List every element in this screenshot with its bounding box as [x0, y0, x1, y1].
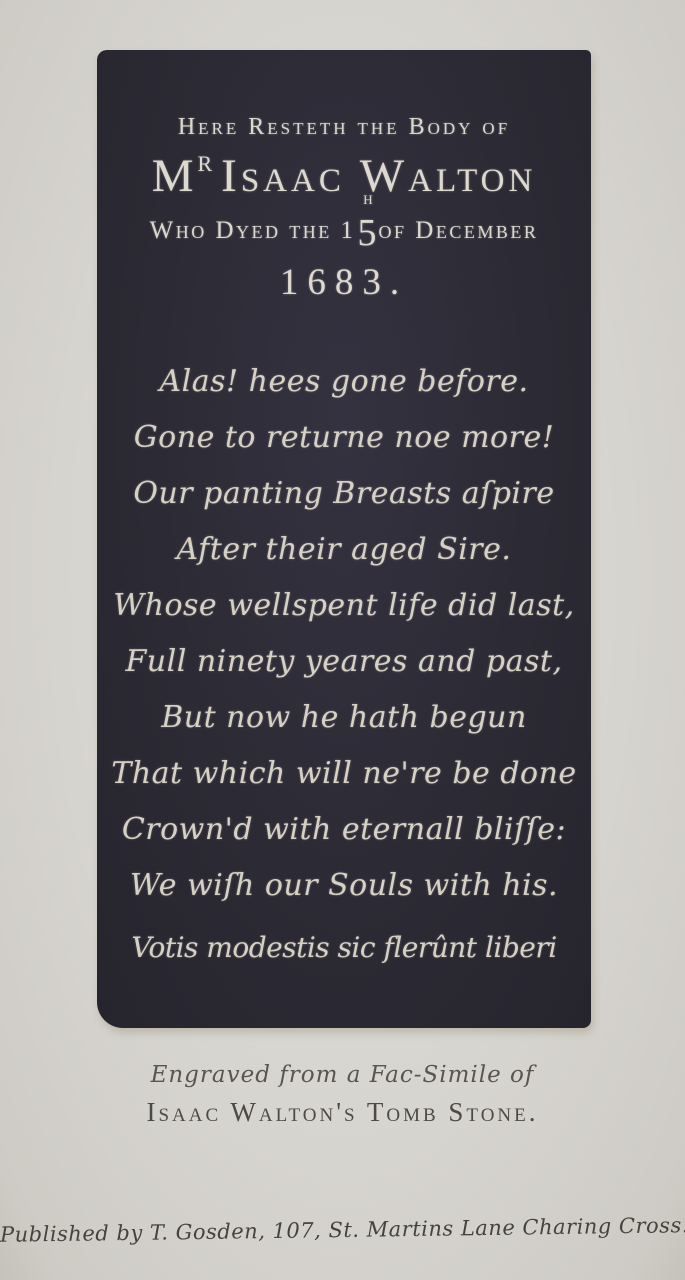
epitaph-line: That which will ne're be done	[97, 746, 591, 802]
date-superscript: H	[363, 192, 372, 208]
date-pre: Who Dyed the 1	[150, 217, 356, 244]
paper-background: Here Resteth the Body of MRIsaac Walton …	[0, 0, 685, 1280]
epitaph-line: Full ninety yeares and past,	[97, 634, 591, 690]
date-big-digit: 5	[358, 212, 377, 254]
year-line: 1683.	[97, 261, 591, 304]
epitaph-line: Alas! hees gone before.	[97, 354, 591, 410]
engraving-plate: Here Resteth the Body of MRIsaac Walton …	[97, 50, 591, 1028]
date-day-figure: H5	[358, 207, 377, 245]
name-rest: Isaac Walton	[221, 150, 536, 202]
latin-line: Votis modestis sic flerûnt liberi	[97, 922, 591, 978]
epitaph-line: Crown'd with eternall bliſſe:	[97, 802, 591, 858]
epitaph-line: Gone to returne noe more!	[97, 410, 591, 466]
name-superscript: R	[197, 151, 212, 176]
name-line: MRIsaac Walton	[97, 151, 591, 203]
death-date-line: Who Dyed the 1H5of December	[97, 207, 591, 245]
caption-title-line: Isaac Walton's Tomb Stone.	[0, 1097, 685, 1128]
caption-block: Engraved from a Fac-Simile of Isaac Walt…	[0, 1062, 685, 1128]
epitaph-poem: Alas! hees gone before. Gone to returne …	[97, 354, 591, 978]
epitaph-line: We wiſh our Souls with his.	[97, 858, 591, 914]
date-post: of December	[379, 217, 539, 244]
epitaph-line: After their aged Sire.	[97, 522, 591, 578]
epitaph-line: Whose wellspent life did last,	[97, 578, 591, 634]
name-initial: M	[152, 150, 198, 202]
epitaph-line: But now he hath begun	[97, 690, 591, 746]
caption-script-line: Engraved from a Fac-Simile of	[0, 1062, 685, 1088]
imprint-line: Published by T. Gosden, 107, St. Martins…	[0, 1213, 685, 1247]
epitaph-header-line: Here Resteth the Body of	[97, 114, 591, 141]
epitaph-line: Our panting Breasts aſpire	[97, 466, 591, 522]
